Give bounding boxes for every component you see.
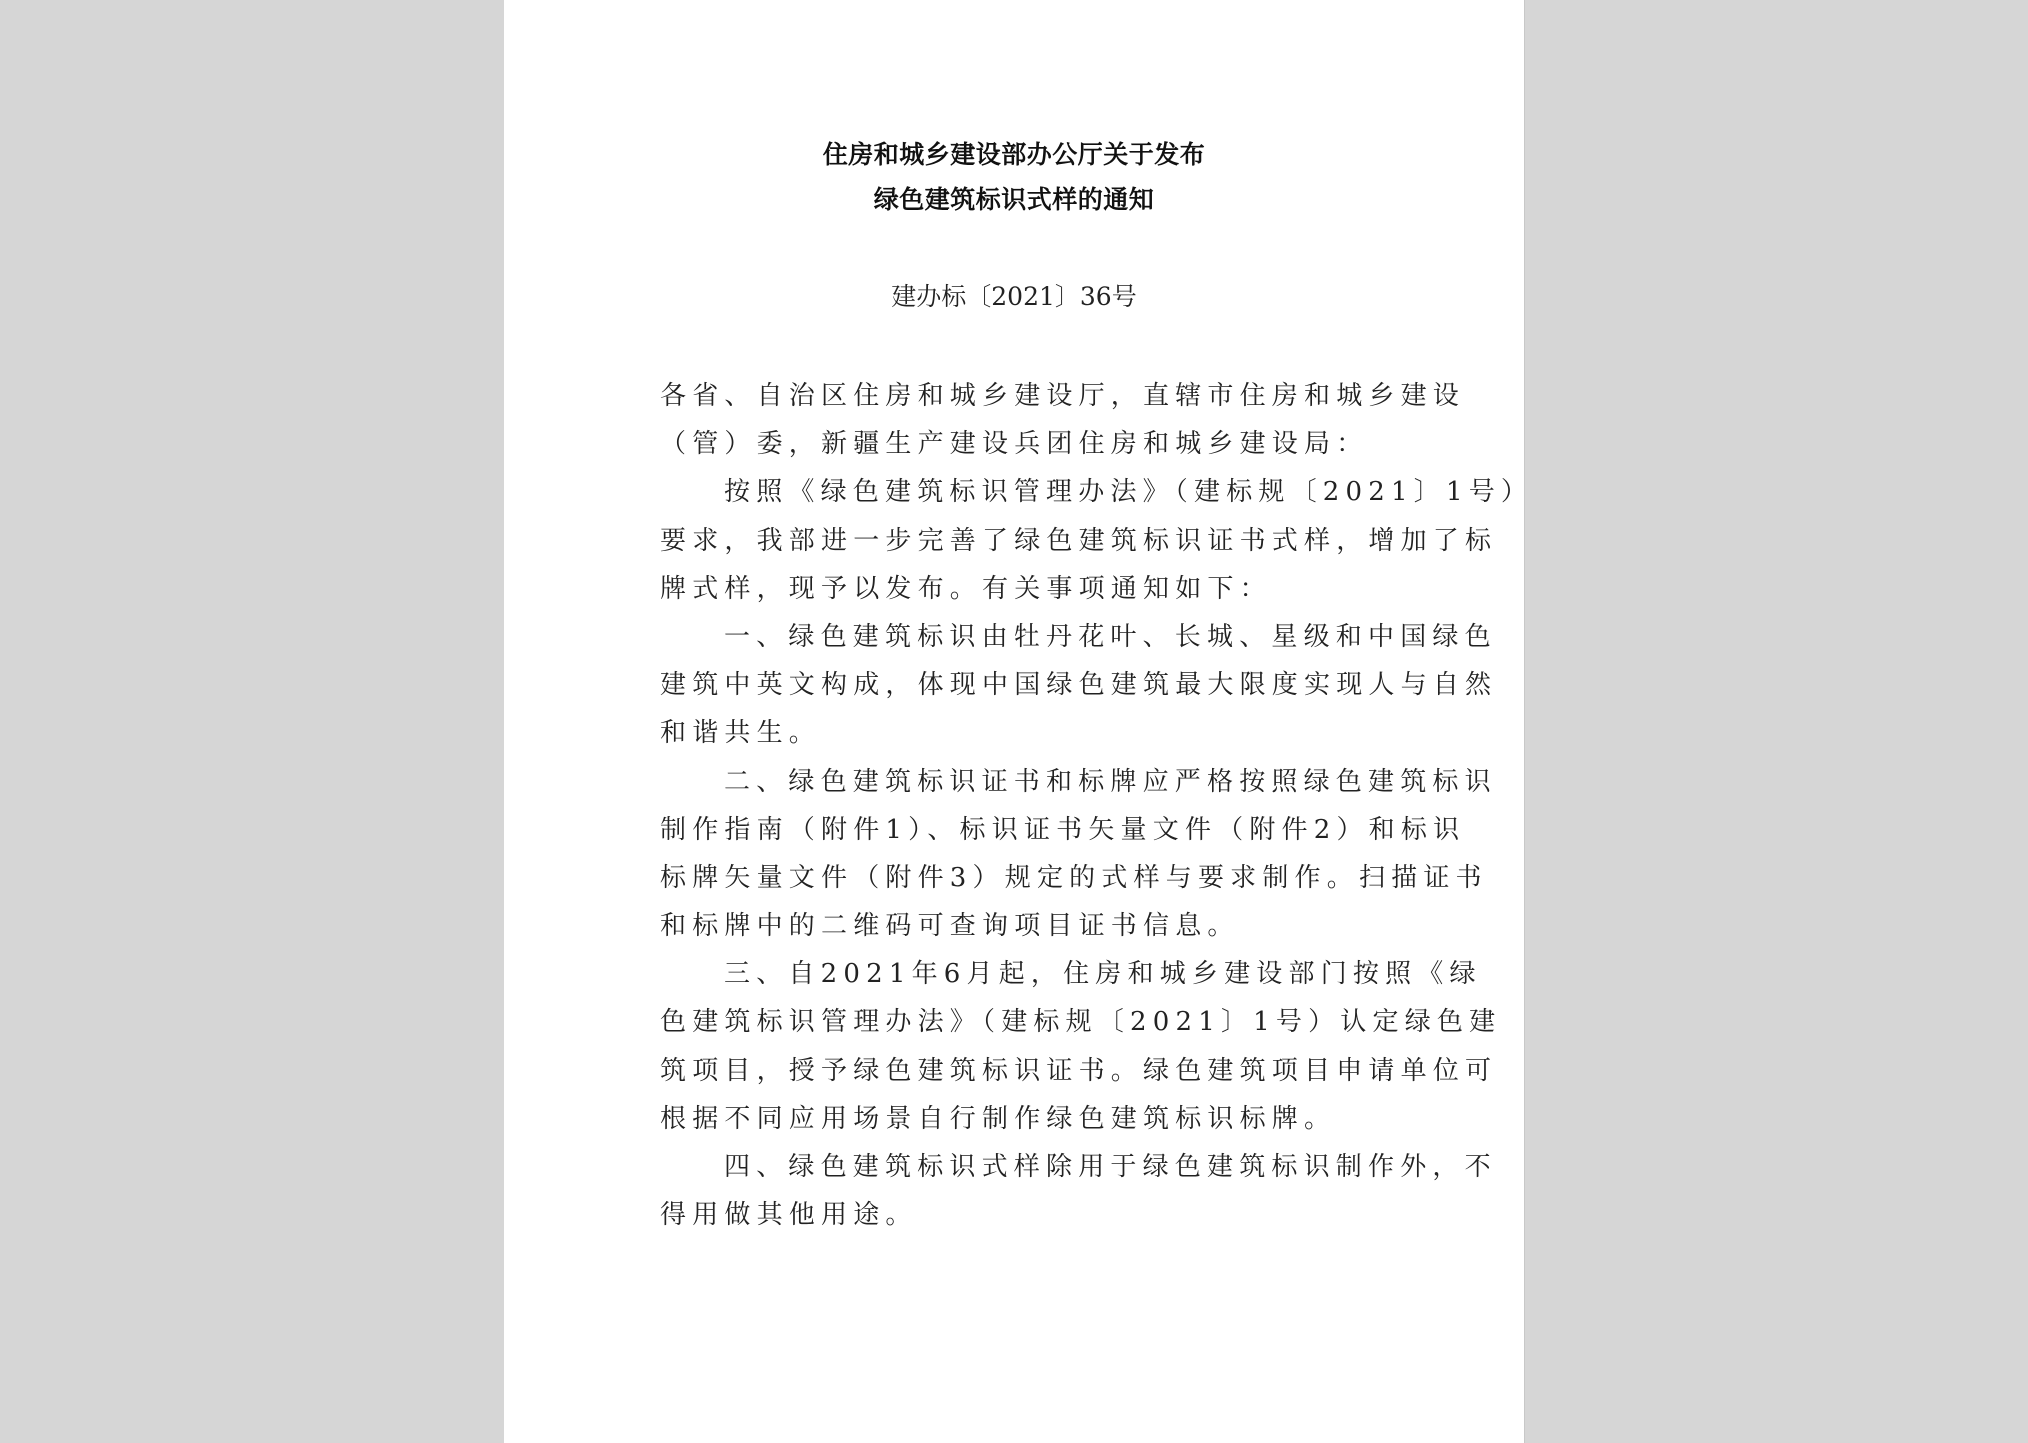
- body-line: 制作指南（附件1）、标识证书矢量文件（附件2）和标识: [660, 806, 1372, 854]
- document-number: 建办标〔2021〕36号: [504, 274, 1524, 319]
- title-line-1: 住房和城乡建设部办公厅关于发布: [504, 132, 1524, 177]
- body-line: 三、自2021年6月起，住房和城乡建设部门按照《绿: [660, 950, 1372, 998]
- body-line: 二、绿色建筑标识证书和标牌应严格按照绿色建筑标识: [660, 758, 1372, 806]
- body-line: 色建筑标识管理办法》（建标规〔2021〕1号）认定绿色建: [660, 998, 1372, 1046]
- body-line: 标牌矢量文件（附件3）规定的式样与要求制作。扫描证书: [660, 854, 1372, 902]
- body-line: 要求，我部进一步完善了绿色建筑标识证书式样，增加了标: [660, 517, 1372, 565]
- body-line: 各省、自治区住房和城乡建设厅，直辖市住房和城乡建设: [660, 372, 1372, 420]
- document-body: 各省、自治区住房和城乡建设厅，直辖市住房和城乡建设 （管）委，新疆生产建设兵团住…: [660, 372, 1372, 1239]
- body-line: 四、绿色建筑标识式样除用于绿色建筑标识制作外，不: [660, 1143, 1372, 1191]
- body-line: 和标牌中的二维码可查询项目证书信息。: [660, 902, 1372, 950]
- body-line: 和谐共生。: [660, 709, 1372, 757]
- body-line: 得用做其他用途。: [660, 1191, 1372, 1239]
- title-line-2: 绿色建筑标识式样的通知: [504, 177, 1524, 222]
- body-line: 建筑中英文构成，体现中国绿色建筑最大限度实现人与自然: [660, 661, 1372, 709]
- body-line: 按照《绿色建筑标识管理办法》（建标规〔2021〕1号）: [660, 468, 1372, 516]
- body-line: 筑项目，授予绿色建筑标识证书。绿色建筑项目申请单位可: [660, 1047, 1372, 1095]
- document-page: 住房和城乡建设部办公厅关于发布 绿色建筑标识式样的通知 建办标〔2021〕36号…: [504, 0, 1524, 1443]
- body-line: 一、绿色建筑标识由牡丹花叶、长城、星级和中国绿色: [660, 613, 1372, 661]
- body-line: 根据不同应用场景自行制作绿色建筑标识标牌。: [660, 1095, 1372, 1143]
- body-line: （管）委，新疆生产建设兵团住房和城乡建设局：: [660, 420, 1372, 468]
- body-line: 牌式样，现予以发布。有关事项通知如下：: [660, 565, 1372, 613]
